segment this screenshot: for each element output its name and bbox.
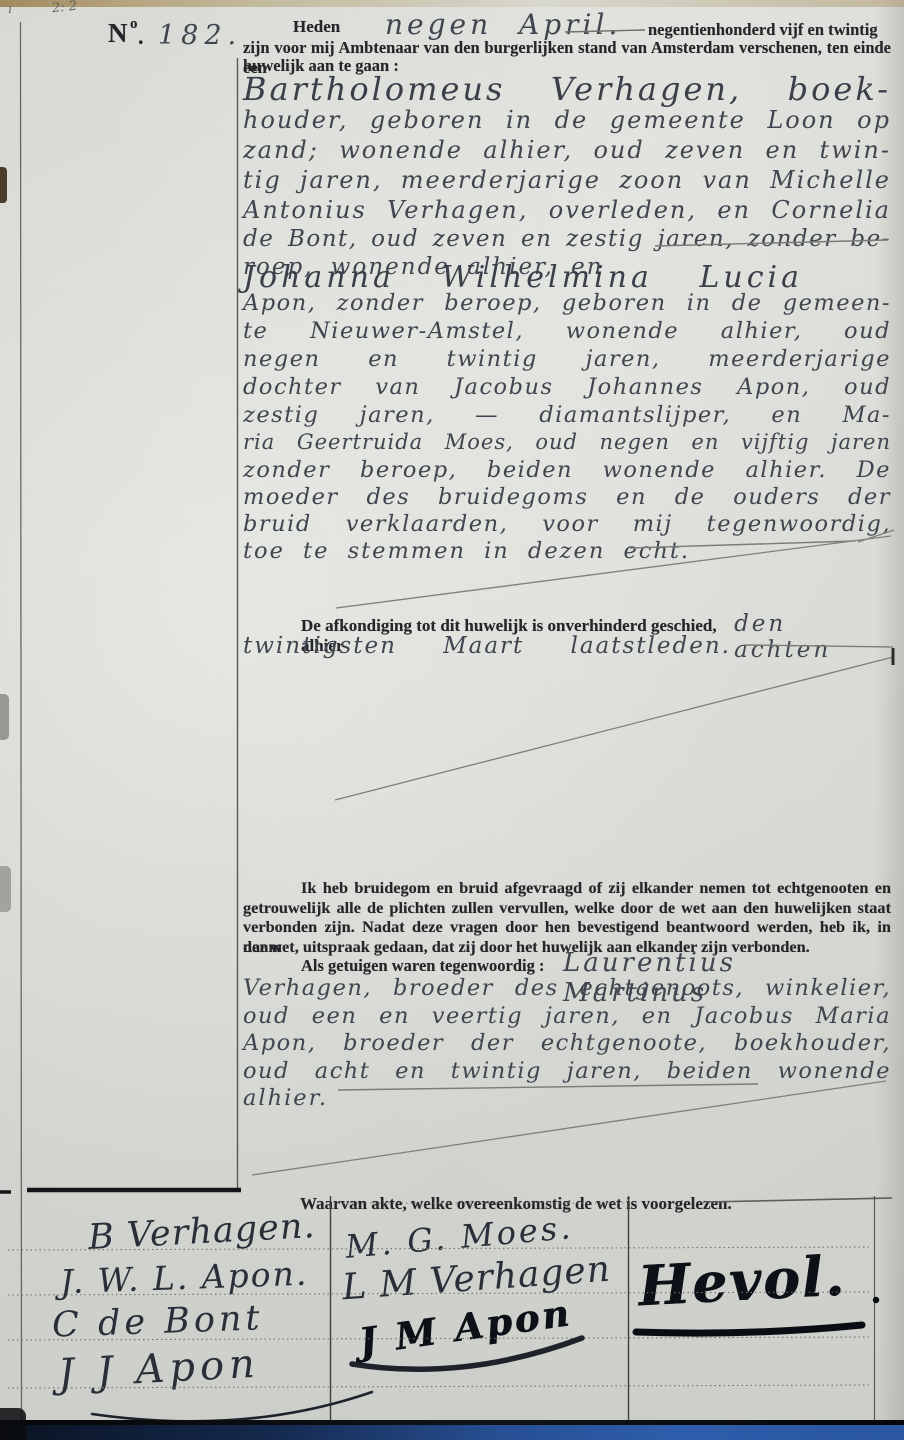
handwritten-line: negen en twintig jaren, meerderjarige — [243, 346, 891, 374]
handwritten-line: Johanna Wilhelmina Lucia — [243, 260, 803, 290]
groom-paragraph: Bartholomeus Verhagen, boek- houder, geb… — [243, 70, 891, 280]
handwritten-line: bruid verklaarden, voor mij tegenwoordig… — [243, 511, 891, 538]
act-number-dot: . — [138, 24, 144, 50]
handwritten-line: oud acht en twintig jaren, beiden wonend… — [243, 1058, 891, 1086]
printed-line: getrouwelijk alle de plichten zullen ver… — [243, 898, 891, 918]
scan-corner-dark — [0, 1408, 26, 1440]
scan-bottom-strip — [0, 1425, 904, 1440]
act-number-sup: o — [130, 16, 138, 33]
ink-blot — [0, 866, 11, 912]
act-number-value: 182. — [158, 20, 242, 51]
handwritten-line: zestig jaren, — diamantslijper, en Ma- — [243, 402, 891, 430]
act-number-prefix: N — [108, 18, 128, 49]
handwritten-line: Apon, broeder der echtgenoote, boekhoude… — [243, 1030, 891, 1058]
announcement-handwritten-1: den achten — [734, 611, 891, 663]
handwritten-line: zand; wonende alhier, oud zeven en twin- — [243, 136, 891, 166]
handwritten-line: Verhagen, broeder des echtgenoots, winke… — [243, 975, 891, 1003]
handwritten-line: tig jaren, meerderjarige zoon van Michel… — [243, 166, 891, 196]
handwritten-line: Bartholomeus Verhagen, boek- — [243, 70, 891, 106]
marriage-certificate-page: ı 2: 2 N o . 182. Heden negen April. neg… — [0, 0, 904, 1440]
handwritten-line: zonder beroep, beiden wonende alhier. De — [243, 457, 891, 484]
page-top-edge — [0, 0, 904, 7]
intro-heden-label: Heden — [293, 17, 340, 37]
intro-date-handwritten: negen April. — [385, 8, 621, 41]
handwritten-line: oud een en veertig jaren, en Jacobus Mar… — [243, 1003, 891, 1031]
intro-year-printed: negentienhonderd vijf en twintig — [648, 20, 878, 40]
pencil-mark: ı — [8, 2, 12, 16]
witnesses-printed: Als getuigen waren tegenwoordig : — [243, 956, 545, 976]
signature-registrar: Hevol. — [636, 1243, 847, 1319]
bride-paragraph: Johanna Wilhelmina Lucia Apon, zonder be… — [243, 260, 891, 565]
handwritten-line: ria Geertruida Moes, oud negen en vijfti… — [243, 430, 891, 457]
handwritten-line: Antonius Verhagen, overleden, en Corneli… — [243, 196, 891, 226]
handwritten-line: toe te stemmen in dezen echt. — [243, 538, 891, 565]
handwritten-line: houder, geboren in de gemeente Loon op — [243, 106, 891, 136]
announcement-handwritten-2: twintigsten Maart laatstleden. — [243, 633, 731, 659]
closing-line: Waarvan akte, welke overeenkomstig de we… — [300, 1194, 732, 1214]
handwritten-line: moeder des bruidegoms en de ouders der — [243, 484, 891, 511]
handwritten-line: dochter van Jacobus Johannes Apon, oud — [243, 374, 891, 402]
signature: C de Bont — [51, 1298, 264, 1345]
handwritten-line: alhier. — [243, 1085, 891, 1113]
handwritten-line: de Bont, oud zeven en zestig jaren, zond… — [243, 226, 891, 254]
vows-paragraph: Ik heb bruidegom en bruid afgevraagd of … — [243, 878, 891, 956]
ink-blot — [0, 694, 9, 740]
printed-line: Ik heb bruidegom en bruid afgevraagd of … — [243, 878, 891, 898]
handwritten-line: Apon, zonder beroep, geboren in de gemee… — [243, 290, 891, 318]
ink-blot — [0, 167, 7, 203]
pencil-mark: 2: 2 — [51, 0, 77, 16]
witnesses-paragraph: Verhagen, broeder des echtgenoots, winke… — [243, 975, 891, 1113]
printed-line: verbonden zijn. Nadat deze vragen door h… — [243, 917, 891, 937]
handwritten-line: te Nieuwer-Amstel, wonende alhier, oud — [243, 318, 891, 346]
